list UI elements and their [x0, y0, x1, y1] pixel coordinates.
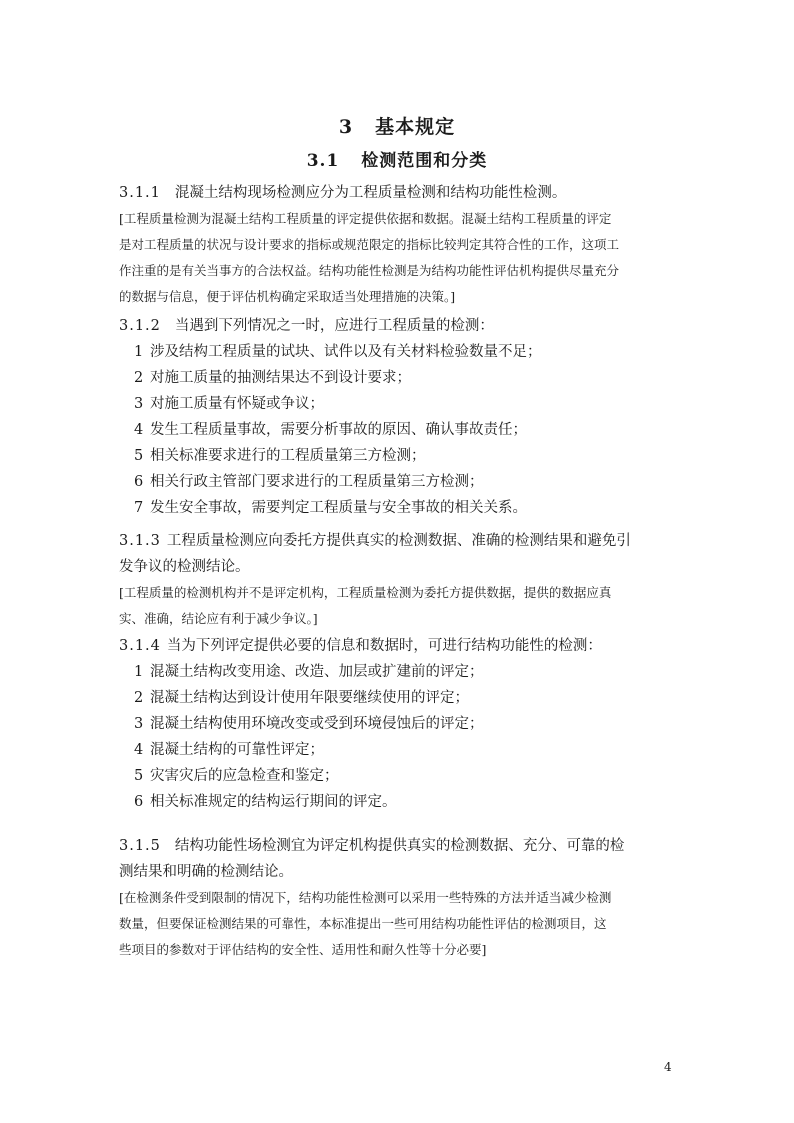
- list-item: 1涉及结构工程质量的试块、试件以及有关材料检验数量不足；: [119, 339, 679, 365]
- section-number: 3.1: [307, 151, 340, 171]
- clause-note-line: 实、准确，结论应有利于减少争议。]: [119, 606, 679, 632]
- chapter-heading: 3基本规定: [0, 112, 794, 139]
- list-item: 4混凝土结构的可靠性评定；: [119, 737, 679, 763]
- clause-3-1-4: 3.1.4当为下列评定提供必要的信息和数据时，可进行结构功能性的检测： 1混凝土…: [119, 633, 679, 815]
- list-item: 5相关标准要求进行的工程质量第三方检测；: [119, 443, 679, 469]
- page-number: 4: [664, 1060, 672, 1074]
- section-heading: 3.1检测范围和分类: [0, 146, 794, 171]
- clause-note-line: 的数据与信息，便于评估机构确定采取适当处理措施的决策。]: [119, 284, 679, 310]
- clause-number: 3.1.5: [119, 838, 161, 854]
- list-item: 3混凝土结构使用环境改变或受到环境侵蚀后的评定；: [119, 711, 679, 737]
- clause-number: 3.1.3: [119, 533, 161, 549]
- clause-text: 3.1.3工程质量检测应向委托方提供真实的检测数据、准确的检测结果和避免引: [119, 528, 679, 554]
- clause-number: 3.1.2: [119, 318, 161, 334]
- clause-text: 3.1.4当为下列评定提供必要的信息和数据时，可进行结构功能性的检测：: [119, 633, 679, 659]
- clause-text: 3.1.1混凝土结构现场检测应分为工程质量检测和结构功能性检测。: [119, 180, 679, 206]
- clause-note-line: [在检测条件受到限制的情况下，结构功能性检测可以采用一些特殊的方法并适当减少检测: [119, 885, 679, 911]
- clause-3-1-5: 3.1.5结构功能性场检测宜为评定机构提供真实的检测数据、充分、可靠的检 测结果…: [119, 833, 679, 963]
- clause-note-line: 作注重的是有关当事方的合法权益。结构功能性检测是为结构功能性评估机构提供尽量充分: [119, 258, 679, 284]
- clause-note-line: 些项目的参数对于评估结构的安全性、适用性和耐久性等十分必要]: [119, 937, 679, 963]
- clause-text: 3.1.2当遇到下列情况之一时，应进行工程质量的检测：: [119, 313, 679, 339]
- clause-text-continued: 测结果和明确的检测结论。: [119, 859, 679, 885]
- clause-note-line: 数量，但要保证检测结果的可靠性，本标准提出一些可用结构功能性评估的检测项目，这: [119, 911, 679, 937]
- document-page: 3基本规定 3.1检测范围和分类 3.1.1混凝土结构现场检测应分为工程质量检测…: [0, 0, 794, 1123]
- list-item: 6相关标准规定的结构运行期间的评定。: [119, 789, 679, 815]
- clause-3-1-3: 3.1.3工程质量检测应向委托方提供真实的检测数据、准确的检测结果和避免引 发争…: [119, 528, 679, 632]
- clause-text: 3.1.5结构功能性场检测宜为评定机构提供真实的检测数据、充分、可靠的检: [119, 833, 679, 859]
- clause-note-line: [工程质量检测为混凝土结构工程质量的评定提供依据和数据。混凝土结构工程质量的评定: [119, 206, 679, 232]
- chapter-number: 3: [339, 116, 353, 138]
- list-item: 4发生工程质量事故，需要分析事故的原因、确认事故责任；: [119, 417, 679, 443]
- clause-number: 3.1.1: [119, 185, 161, 201]
- clause-note-line: [工程质量的检测机构并不是评定机构，工程质量检测为委托方提供数据，提供的数据应真: [119, 580, 679, 606]
- list-item: 6相关行政主管部门要求进行的工程质量第三方检测；: [119, 469, 679, 495]
- list-item: 2对施工质量的抽测结果达不到设计要求；: [119, 365, 679, 391]
- list-item: 2混凝土结构达到设计使用年限要继续使用的评定；: [119, 685, 679, 711]
- chapter-title: 基本规定: [375, 116, 455, 138]
- list-item: 7发生安全事故，需要判定工程质量与安全事故的相关关系。: [119, 495, 679, 521]
- clause-text-continued: 发争议的检测结论。: [119, 554, 679, 580]
- list-item: 1混凝土结构改变用途、改造、加层或扩建前的评定；: [119, 659, 679, 685]
- section-title: 检测范围和分类: [361, 151, 487, 171]
- list-item: 3对施工质量有怀疑或争议；: [119, 391, 679, 417]
- list-item: 5灾害灾后的应急检查和鉴定；: [119, 763, 679, 789]
- clause-number: 3.1.4: [119, 638, 161, 654]
- clause-3-1-1: 3.1.1混凝土结构现场检测应分为工程质量检测和结构功能性检测。 [工程质量检测…: [119, 180, 679, 310]
- clause-note-line: 是对工程质量的状况与设计要求的指标或规范限定的指标比较判定其符合性的工作，这项工: [119, 232, 679, 258]
- clause-3-1-2: 3.1.2当遇到下列情况之一时，应进行工程质量的检测： 1涉及结构工程质量的试块…: [119, 313, 679, 521]
